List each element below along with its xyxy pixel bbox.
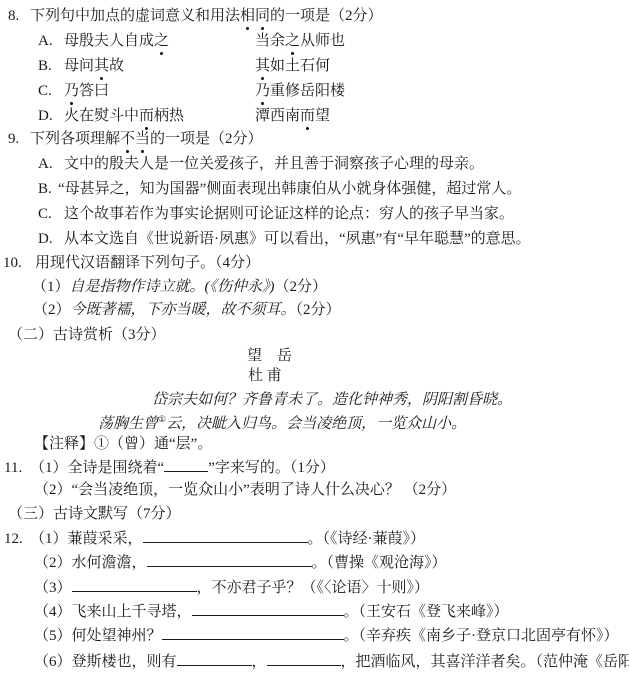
option-b-left-phrase: 母问其故 (64, 57, 255, 76)
section-3-heading-text: （三）古诗文默写（7分） (8, 506, 181, 522)
note-reference-mark: ① (158, 415, 166, 425)
q8-option-b: B.母问其故其如土石何 (38, 57, 330, 76)
poem-line-2-text: 荡胸生曾①云，决眦入归鸟。会当凌绝顶，一览众山小。 (98, 416, 466, 432)
poem-title-text: 望 岳 (247, 348, 292, 364)
option-d-left-phrase: 火在熨斗中而柄热 (64, 107, 255, 126)
answer-blank (177, 651, 252, 666)
option-d-label: D. (38, 107, 64, 126)
q8-option-a: A.母殷夫人自成之当余之从师也 (38, 32, 345, 51)
section-3-heading: （三）古诗文默写（7分） (8, 505, 181, 524)
question-9-stem: 9.下列各项理解不当的一项是（2分） (8, 130, 263, 149)
emphasized-char: 其 (255, 57, 270, 76)
q12-item-2: （2）水何澹澹，。（曹操《观沧海》） (34, 552, 447, 573)
q9-option-c: C.这个故事若作为事实论据则可论证这样的论点：穷人的孩子早当家。 (38, 205, 514, 224)
option-c-label: C. (38, 82, 64, 101)
q11-item-1-text: （1）全诗是围绕着“”字来写的。（1分） (30, 460, 335, 476)
option-c-left-phrase: 乃答曰 (64, 82, 255, 101)
option-b-label: B. (38, 57, 64, 76)
option-a-text: 文中的殷夫人是一位关爱孩子，并且善于洞察孩子心理的母亲。 (64, 156, 484, 172)
emphasized-char: 乃 (64, 82, 79, 101)
question-10-stem-text: 用现代汉语翻译下列句子。（4分） (35, 255, 260, 271)
poem-note: 【注释】①（曾）通“层”。 (34, 435, 212, 454)
question-8-stem: 8.下列句中加点的虚词意义和用法相同的一项是（2分） (8, 7, 383, 26)
option-a-left-phrase: 母殷夫人自成之 (64, 32, 255, 51)
q8-option-d: D.火在熨斗中而柄热潭西南而望 (38, 107, 330, 126)
emphasized-char: 之 (285, 32, 300, 51)
option-d-label: D. (38, 230, 64, 249)
option-d-right-phrase: 潭西南而望 (255, 107, 330, 126)
answer-blank (143, 528, 308, 543)
answer-blank (162, 625, 344, 640)
option-c-text: 这个故事若作为事实论据则可论证这样的论点：穷人的孩子早当家。 (64, 206, 514, 222)
answer-blank (192, 601, 344, 616)
poem-author: 杜 甫 (248, 367, 282, 386)
emphasized-char: 不 (120, 130, 135, 149)
poem-line-2: 荡胸生曾①云，决眦入归鸟。会当凌绝顶，一览众山小。 (98, 415, 466, 434)
emphasized-char: 而 (139, 107, 154, 126)
q12-item-6: （6）登斯楼也，则有，，把酒临风，其喜洋洋者矣。（范仲淹《岳阳楼 (34, 651, 629, 672)
question-11-number: 11. (4, 459, 30, 478)
q12-item-6-text: （6）登斯楼也，则有，，把酒临风，其喜洋洋者矣。（范仲淹《岳阳楼 (34, 654, 629, 670)
q10-item-1-text: （1）自是指物作诗立就。(《伤仲永》)（2分） (32, 279, 327, 295)
answer-blank (164, 457, 208, 472)
q11-item-1: 11.（1）全诗是围绕着“”字来写的。（1分） (4, 457, 335, 478)
q9-option-b: B.“母甚异之，知为国器”侧面表现出韩康伯从小就身体强健，超过常人。 (38, 180, 521, 199)
answer-blank (147, 552, 312, 567)
section-2-heading: （二）古诗赏析（3分） (8, 326, 166, 345)
q12-item-1-text: （1）蒹葭采采，。（《诗经·蒹葭》） (30, 531, 425, 547)
q10-item-1: （1）自是指物作诗立就。(《伤仲永》)（2分） (32, 278, 327, 297)
q8-option-c: C.乃答曰乃重修岳阳楼 (38, 82, 345, 101)
q12-item-4: （4）飞来山上千寻塔，。（王安石《登飞来峰》） (34, 601, 509, 622)
option-b-right-phrase: 其如土石何 (255, 57, 330, 76)
section-2-heading-text: （二）古诗赏析（3分） (8, 327, 166, 343)
q12-item-3: （3），不亦君子乎？（《〈论语〉十则》） (34, 577, 429, 598)
emphasized-char: 乃 (255, 82, 270, 101)
q10-item-2: （2）今既著襦，下亦当暖，故不须耳。（2分） (33, 301, 341, 320)
poem-title: 望 岳 (247, 347, 292, 366)
q12-item-5: （5）何处望神州？。（辛弃疾《南乡子·登京口北固亭有怀》） (34, 625, 619, 646)
poem-line-1: 岱宗夫如何？齐鲁青未了。造化钟神秀，阴阳割昏晓。 (152, 391, 512, 410)
poem-author-text: 杜 甫 (248, 368, 282, 384)
option-b-text: “母甚异之，知为国器”侧面表现出韩康伯从小就身体强健，超过常人。 (58, 181, 521, 197)
q10-item-2-text: （2）今既著襦，下亦当暖，故不须耳。（2分） (33, 302, 341, 318)
question-9-stem-text: 下列各项理解不当的一项是（2分） (30, 131, 263, 147)
option-a-label: A. (38, 32, 64, 51)
poem-note-text: 【注释】①（曾）通“层”。 (34, 436, 212, 452)
question-10-stem: 10.用现代汉语翻译下列句子。（4分） (3, 254, 260, 273)
question-8-stem-text: 下列句中加点的虚词意义和用法相同的一项是（2分） (30, 8, 383, 24)
emphasized-char: 同 (255, 7, 270, 26)
emphasized-char: 当 (135, 130, 150, 149)
answer-blank (72, 577, 197, 592)
q11-item-2: （2）“会当凌绝顶，一览众山小”表明了诗人什么决心？ （2分） (34, 481, 456, 500)
emphasized-char: 之 (154, 32, 169, 51)
emphasized-char: 其 (94, 57, 109, 76)
option-d-text: 从本文选自《世说新语·夙惠》可以看出，“夙惠”有“早年聪慧”的意思。 (64, 231, 531, 247)
option-b-label: B. (38, 180, 58, 199)
q9-option-a: A.文中的殷夫人是一位关爱孩子，并且善于洞察孩子心理的母亲。 (38, 155, 484, 174)
emphasized-char: 相 (240, 7, 255, 26)
question-10-number: 10. (3, 254, 35, 273)
q12-item-4-text: （4）飞来山上千寻塔，。（王安石《登飞来峰》） (34, 604, 509, 620)
q12-item-5-text: （5）何处望神州？。（辛弃疾《南乡子·登京口北固亭有怀》） (34, 628, 619, 644)
option-a-label: A. (38, 155, 64, 174)
q12-item-2-text: （2）水何澹澹，。（曹操《观沧海》） (34, 555, 447, 571)
option-a-right-phrase: 当余之从师也 (255, 32, 345, 51)
exam-paper-page: 8.下列句中加点的虚词意义和用法相同的一项是（2分） A.母殷夫人自成之当余之从… (0, 0, 629, 682)
question-9-number: 9. (8, 130, 30, 149)
question-12-number: 12. (4, 530, 30, 549)
option-c-label: C. (38, 205, 64, 224)
q12-item-1: 12.（1）蒹葭采采，。（《诗经·蒹葭》） (4, 528, 425, 549)
q9-option-d: D.从本文选自《世说新语·夙惠》可以看出，“夙惠”有“早年聪慧”的意思。 (38, 230, 531, 249)
question-8-number: 8. (8, 7, 30, 26)
poem-line-1-text: 岱宗夫如何？齐鲁青未了。造化钟神秀，阴阳割昏晓。 (152, 392, 512, 408)
q12-item-3-text: （3），不亦君子乎？（《〈论语〉十则》） (34, 580, 429, 596)
answer-blank (267, 651, 341, 666)
option-c-right-phrase: 乃重修岳阳楼 (255, 82, 345, 101)
q11-item-2-text: （2）“会当凌绝顶，一览众山小”表明了诗人什么决心？ （2分） (34, 482, 456, 498)
emphasized-char: 而 (300, 107, 315, 126)
